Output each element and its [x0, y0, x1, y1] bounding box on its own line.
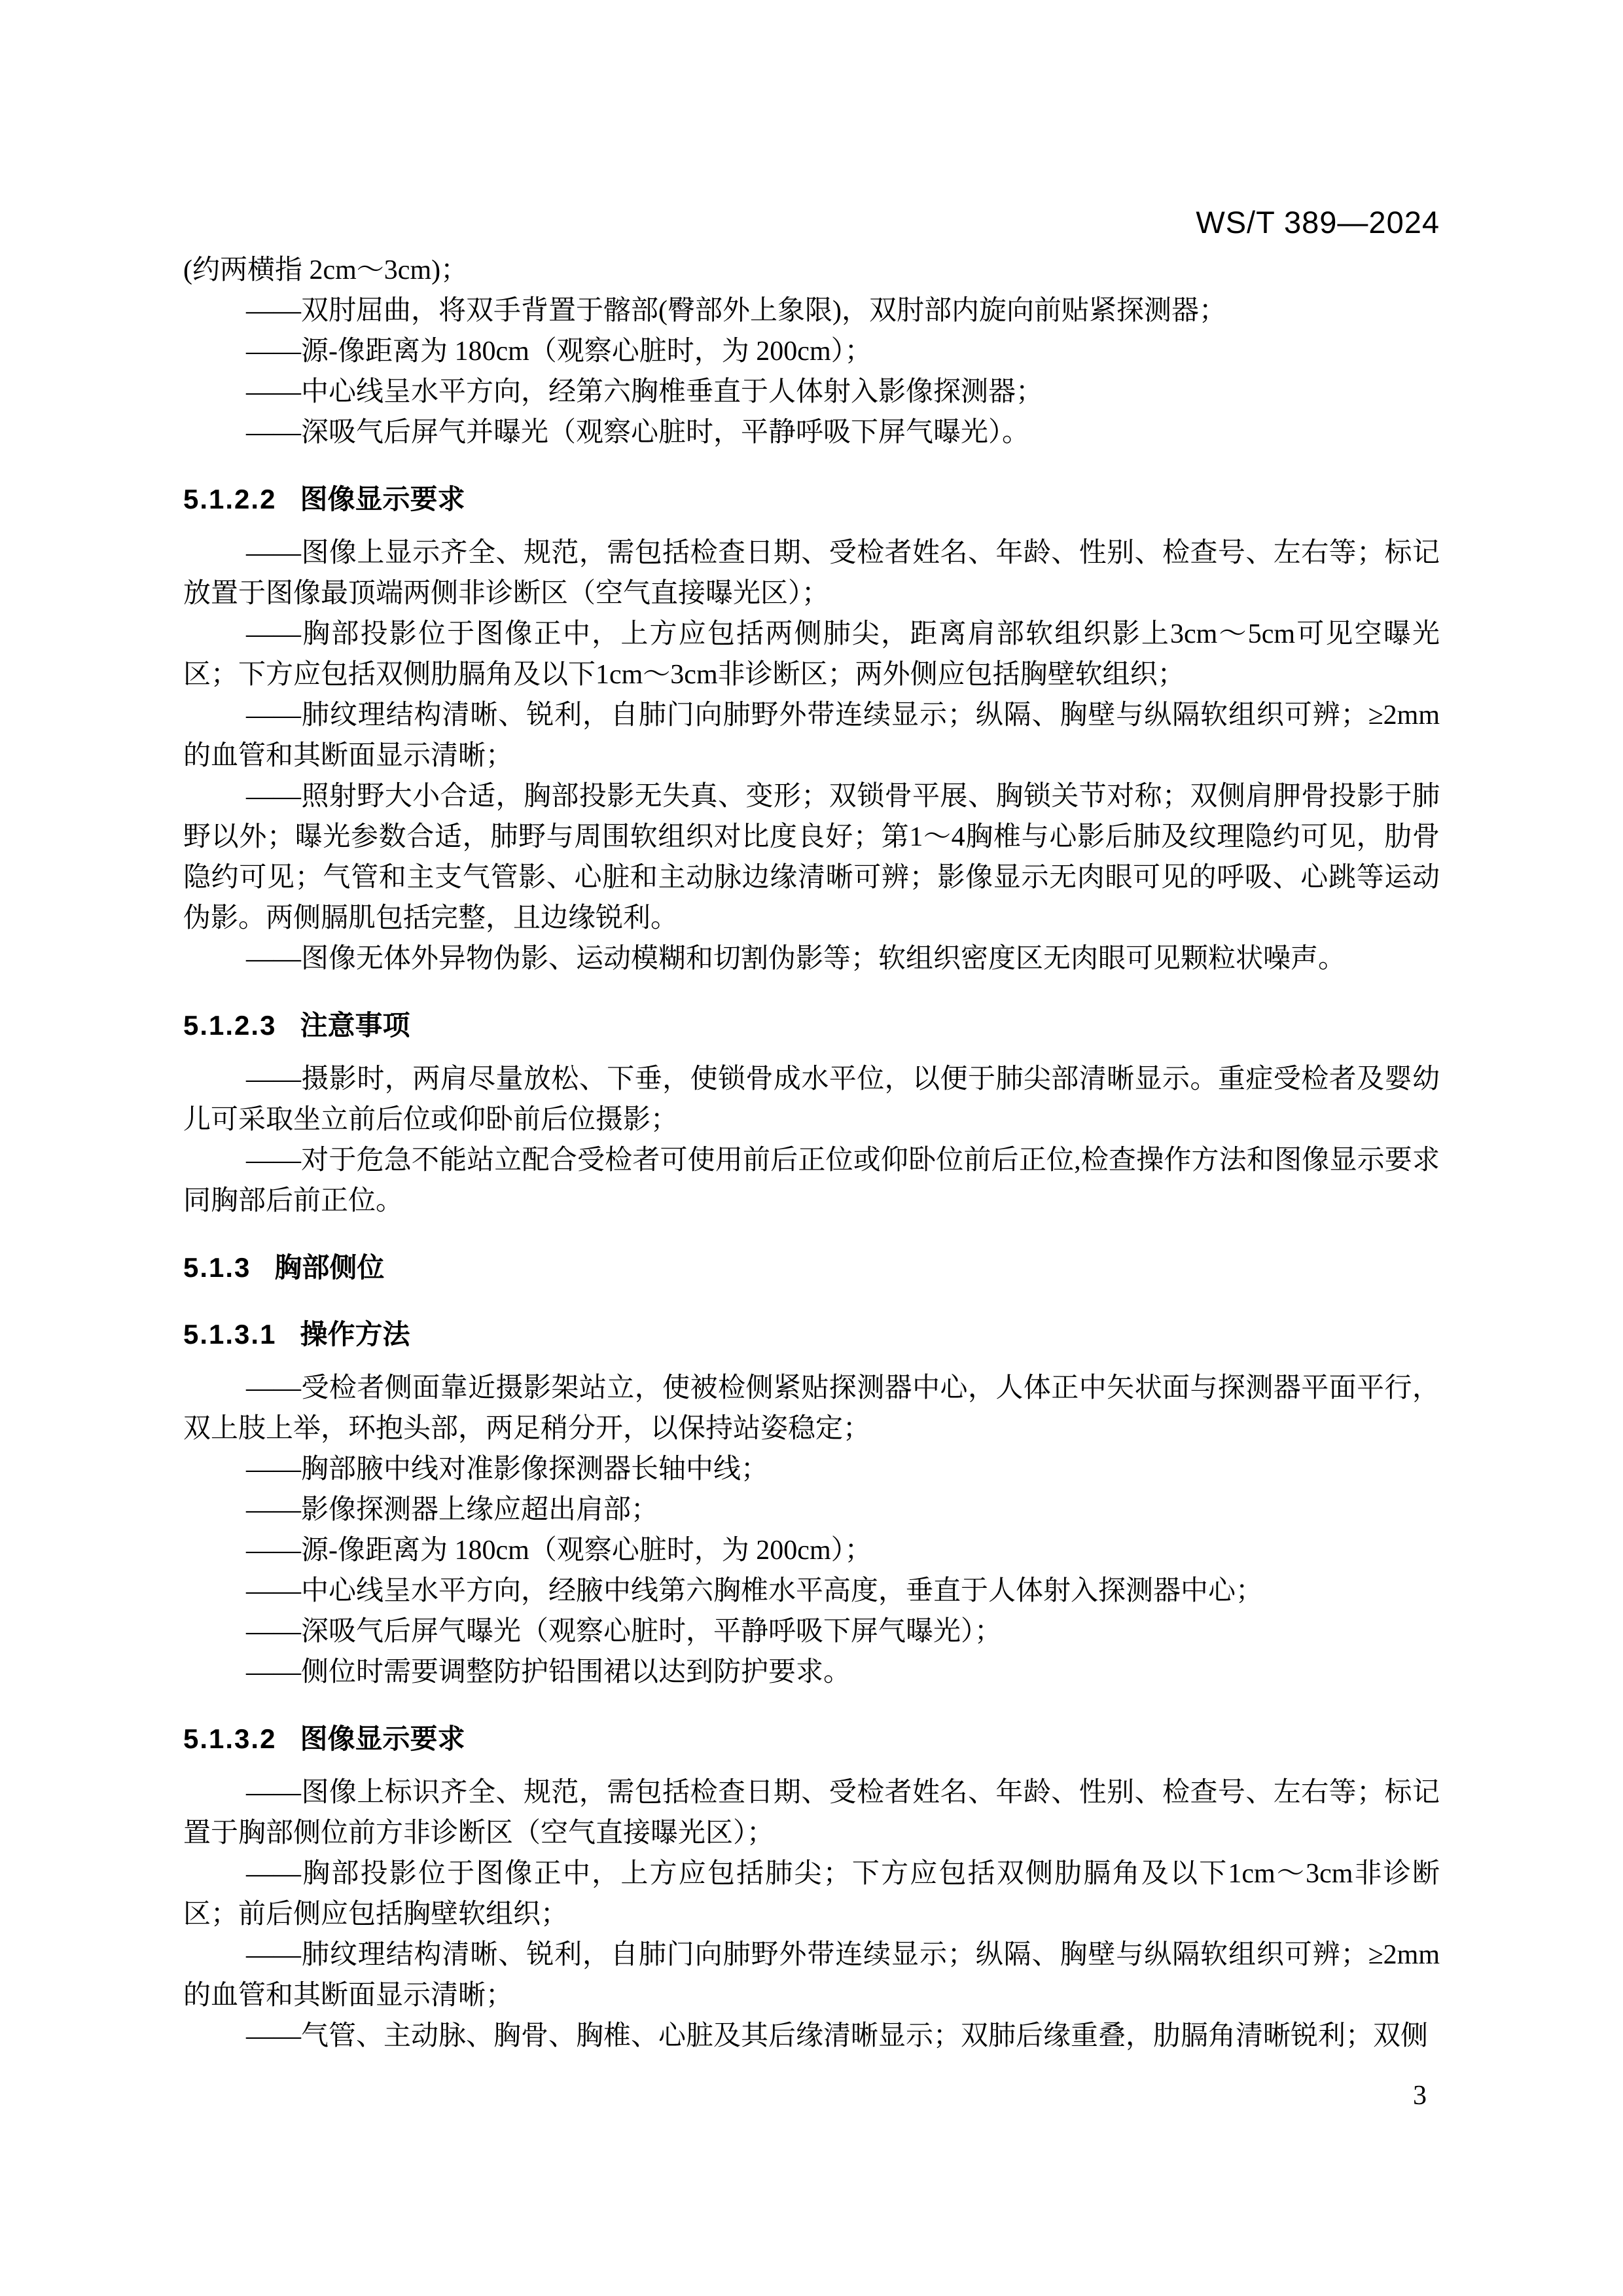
list-item: ——图像上标识齐全、规范，需包括检查日期、受检者姓名、年龄、性别、检查号、左右等…: [183, 1772, 1440, 1854]
list-item: ——源-像距离为 180cm（观察心脏时，为 200cm）；: [183, 331, 1440, 372]
paragraph-continuation: (约两横指 2cm～3cm)；: [183, 250, 1440, 291]
list-item: ——气管、主动脉、胸骨、胸椎、心脏及其后缘清晰显示；双肺后缘重叠，肋膈角清晰锐利…: [183, 2016, 1440, 2056]
list-item: ——图像无体外异物伪影、运动模糊和切割伪影等；软组织密度区无肉眼可见颗粒状噪声。: [183, 939, 1440, 979]
section-number: 5.1.2.2: [183, 484, 276, 514]
section-number: 5.1.2.3: [183, 1010, 276, 1041]
list-item: ——图像上显示齐全、规范，需包括检查日期、受检者姓名、年龄、性别、检查号、左右等…: [183, 533, 1440, 614]
list-item: ——中心线呈水平方向，经腋中线第六胸椎水平高度，垂直于人体射入探测器中心；: [183, 1571, 1440, 1611]
list-item: ——影像探测器上缘应超出肩部；: [183, 1490, 1440, 1530]
list-item: ——双肘屈曲，将双手背置于髂部(臀部外上象限)，双肘部内旋向前贴紧探测器；: [183, 291, 1440, 331]
section-title: 图像显示要求: [300, 1723, 465, 1754]
list-item: ——对于危急不能站立配合受检者可使用前后正位或仰卧位前后正位,检查操作方法和图像…: [183, 1140, 1440, 1221]
section-number: 5.1.3.2: [183, 1723, 276, 1754]
section-title: 图像显示要求: [300, 484, 465, 514]
list-item: ——深吸气后屏气曝光（观察心脏时，平静呼吸下屏气曝光）；: [183, 1611, 1440, 1652]
page-content: (约两横指 2cm～3cm)； ——双肘屈曲，将双手背置于髂部(臀部外上象限)，…: [183, 250, 1440, 2056]
list-item: ——肺纹理结构清晰、锐利，自肺门向肺野外带连续显示；纵隔、胸壁与纵隔软组织可辨；…: [183, 1935, 1440, 2016]
list-item: ——肺纹理结构清晰、锐利，自肺门向肺野外带连续显示；纵隔、胸壁与纵隔软组织可辨；…: [183, 695, 1440, 776]
list-item: ——照射野大小合适，胸部投影无失真、变形；双锁骨平展、胸锁关节对称；双侧肩胛骨投…: [183, 776, 1440, 939]
section-heading: 5.1.3.1操作方法: [183, 1314, 1440, 1355]
list-item: ——中心线呈水平方向，经第六胸椎垂直于人体射入影像探测器；: [183, 372, 1440, 412]
section-title: 注意事项: [300, 1010, 410, 1041]
section-title: 胸部侧位: [274, 1252, 384, 1283]
list-item: ——胸部腋中线对准影像探测器长轴中线；: [183, 1449, 1440, 1490]
list-item: ——摄影时，两肩尽量放松、下垂，使锁骨成水平位，以便于肺尖部清晰显示。重症受检者…: [183, 1059, 1440, 1140]
section-number: 5.1.3.1: [183, 1319, 276, 1350]
list-item: ——深吸气后屏气并曝光（观察心脏时，平静呼吸下屏气曝光）。: [183, 412, 1440, 453]
section-heading: 5.1.2.2图像显示要求: [183, 479, 1440, 520]
list-item: ——受检者侧面靠近摄影架站立，使被检侧紧贴探测器中心，人体正中矢状面与探测器平面…: [183, 1368, 1440, 1449]
list-item: ——胸部投影位于图像正中，上方应包括两侧肺尖，距离肩部软组织影上3cm～5cm可…: [183, 614, 1440, 695]
page-number: 3: [1413, 2080, 1427, 2111]
document-page: WS/T 389—2024 (约两横指 2cm～3cm)； ——双肘屈曲，将双手…: [0, 0, 1623, 2296]
standard-code-header: WS/T 389—2024: [1196, 204, 1440, 240]
section-heading: 5.1.2.3注意事项: [183, 1005, 1440, 1046]
section-heading: 5.1.3胸部侧位: [183, 1247, 1440, 1288]
list-item: ——侧位时需要调整防护铅围裙以达到防护要求。: [183, 1652, 1440, 1693]
section-number: 5.1.3: [183, 1252, 251, 1283]
section-heading: 5.1.3.2图像显示要求: [183, 1719, 1440, 1759]
list-item: ——胸部投影位于图像正中，上方应包括肺尖；下方应包括双侧肋膈角及以下1cm～3c…: [183, 1854, 1440, 1935]
list-item: ——源-像距离为 180cm（观察心脏时，为 200cm）；: [183, 1530, 1440, 1571]
section-title: 操作方法: [300, 1319, 410, 1350]
